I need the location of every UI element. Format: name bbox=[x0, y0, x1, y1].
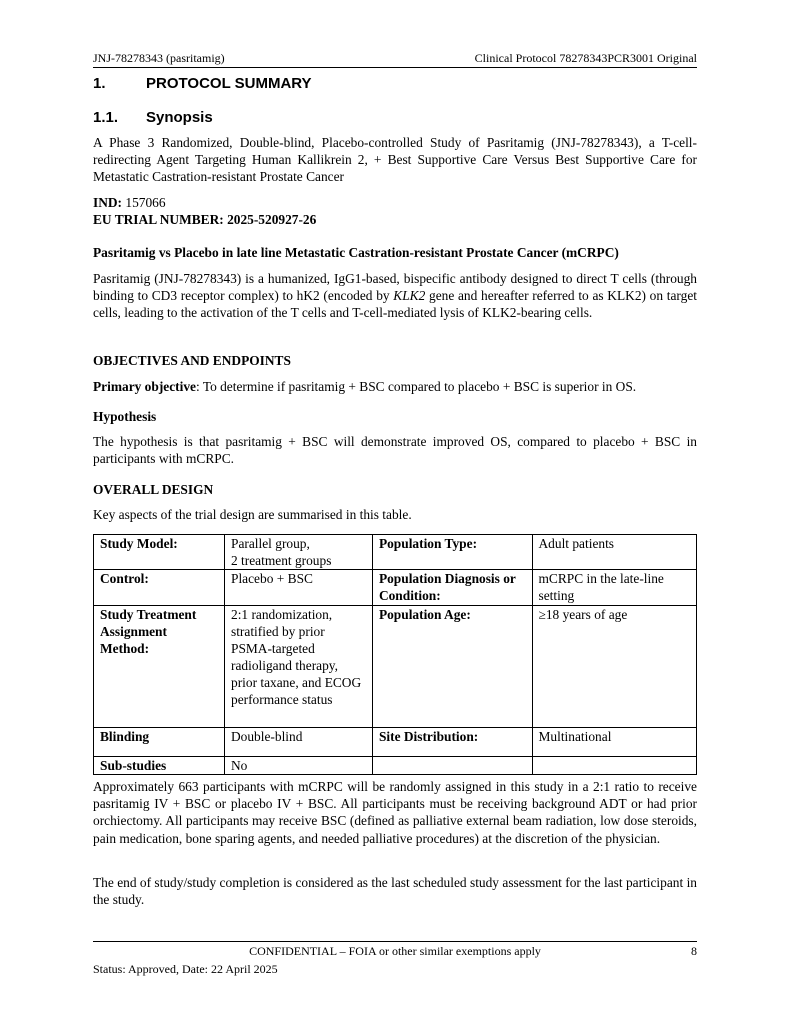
header-protocol: Clinical Protocol 78278343PCR3001 Origin… bbox=[475, 51, 697, 65]
table-key: Study Treatment Assignment Method: bbox=[94, 606, 225, 728]
table-value: Multinational bbox=[532, 728, 696, 757]
table-row: Study Model: Parallel group, 2 treatment… bbox=[94, 535, 697, 570]
table-value: Placebo + BSC bbox=[225, 570, 373, 606]
approval-status: Status: Approved, Date: 22 April 2025 bbox=[93, 962, 278, 976]
study-title: A Phase 3 Randomized, Double-blind, Plac… bbox=[93, 134, 697, 186]
short-title: Pasritamig vs Placebo in late line Metas… bbox=[93, 244, 697, 261]
section-title: PROTOCOL SUMMARY bbox=[146, 75, 312, 93]
table-value: Adult patients bbox=[532, 535, 696, 570]
table-key: Population Diagnosis or Condition: bbox=[372, 570, 532, 606]
header-product: JNJ-78278343 (pasritamig) bbox=[93, 51, 225, 65]
participants-paragraph: Approximately 663 participants with mCRP… bbox=[93, 778, 697, 847]
primary-objective: Primary objective: To determine if pasri… bbox=[93, 378, 697, 395]
table-value: Parallel group, 2 treatment groups bbox=[225, 535, 373, 570]
ind-value: 157066 bbox=[125, 195, 165, 210]
ind-label: IND: bbox=[93, 195, 122, 210]
table-key bbox=[372, 757, 532, 775]
table-value: 2:1 randomization, stratified by prior P… bbox=[225, 606, 373, 728]
overall-design-intro: Key aspects of the trial design are summ… bbox=[93, 506, 697, 523]
table-key: Blinding bbox=[94, 728, 225, 757]
primary-objective-text: : To determine if pasritamig + BSC compa… bbox=[196, 379, 636, 394]
table-value bbox=[532, 757, 696, 775]
overall-design-heading: OVERALL DESIGN bbox=[93, 481, 697, 498]
section-number: 1. bbox=[93, 75, 106, 93]
hypothesis-text: The hypothesis is that pasritamig + BSC … bbox=[93, 433, 697, 467]
table-key: Study Model: bbox=[94, 535, 225, 570]
page-number: 8 bbox=[691, 944, 697, 958]
table-row: Sub-studies No bbox=[94, 757, 697, 775]
eu-trial-label: EU TRIAL NUMBER: bbox=[93, 212, 224, 227]
objectives-heading: OBJECTIVES AND ENDPOINTS bbox=[93, 352, 697, 369]
design-table: Study Model: Parallel group, 2 treatment… bbox=[93, 534, 697, 775]
eu-trial-line: EU TRIAL NUMBER: 2025-520927-26 bbox=[93, 211, 697, 228]
subsection-title: Synopsis bbox=[146, 109, 213, 127]
end-of-study-paragraph: The end of study/study completion is con… bbox=[93, 874, 697, 908]
gene-name: KLK2 bbox=[393, 288, 425, 303]
table-value: No bbox=[225, 757, 373, 775]
table-row: Control: Placebo + BSC Population Diagno… bbox=[94, 570, 697, 606]
table-key: Site Distribution: bbox=[372, 728, 532, 757]
table-row: Study Treatment Assignment Method: 2:1 r… bbox=[94, 606, 697, 728]
table-row: Blinding Double-blind Site Distribution:… bbox=[94, 728, 697, 757]
table-key: Population Type: bbox=[372, 535, 532, 570]
table-key: Population Age: bbox=[372, 606, 532, 728]
table-key: Control: bbox=[94, 570, 225, 606]
hypothesis-heading: Hypothesis bbox=[93, 408, 697, 425]
table-key: Sub-studies bbox=[94, 757, 225, 775]
confidential-notice: CONFIDENTIAL – FOIA or other similar exe… bbox=[93, 944, 697, 958]
subsection-heading: 1.1. Synopsis bbox=[93, 109, 697, 127]
table-value: Double-blind bbox=[225, 728, 373, 757]
description-paragraph: Pasritamig (JNJ-78278343) is a humanized… bbox=[93, 270, 697, 322]
subsection-number: 1.1. bbox=[93, 109, 118, 127]
section-heading: 1. PROTOCOL SUMMARY bbox=[93, 75, 697, 93]
table-value: ≥18 years of age bbox=[532, 606, 696, 728]
eu-trial-value: 2025-520927-26 bbox=[227, 212, 316, 227]
running-header: JNJ-78278343 (pasritamig) Clinical Proto… bbox=[93, 51, 697, 68]
footer-divider bbox=[93, 941, 697, 942]
ind-line: IND: 157066 bbox=[93, 194, 697, 211]
table-value: mCRPC in the late-line setting bbox=[532, 570, 696, 606]
primary-objective-label: Primary objective bbox=[93, 379, 196, 394]
